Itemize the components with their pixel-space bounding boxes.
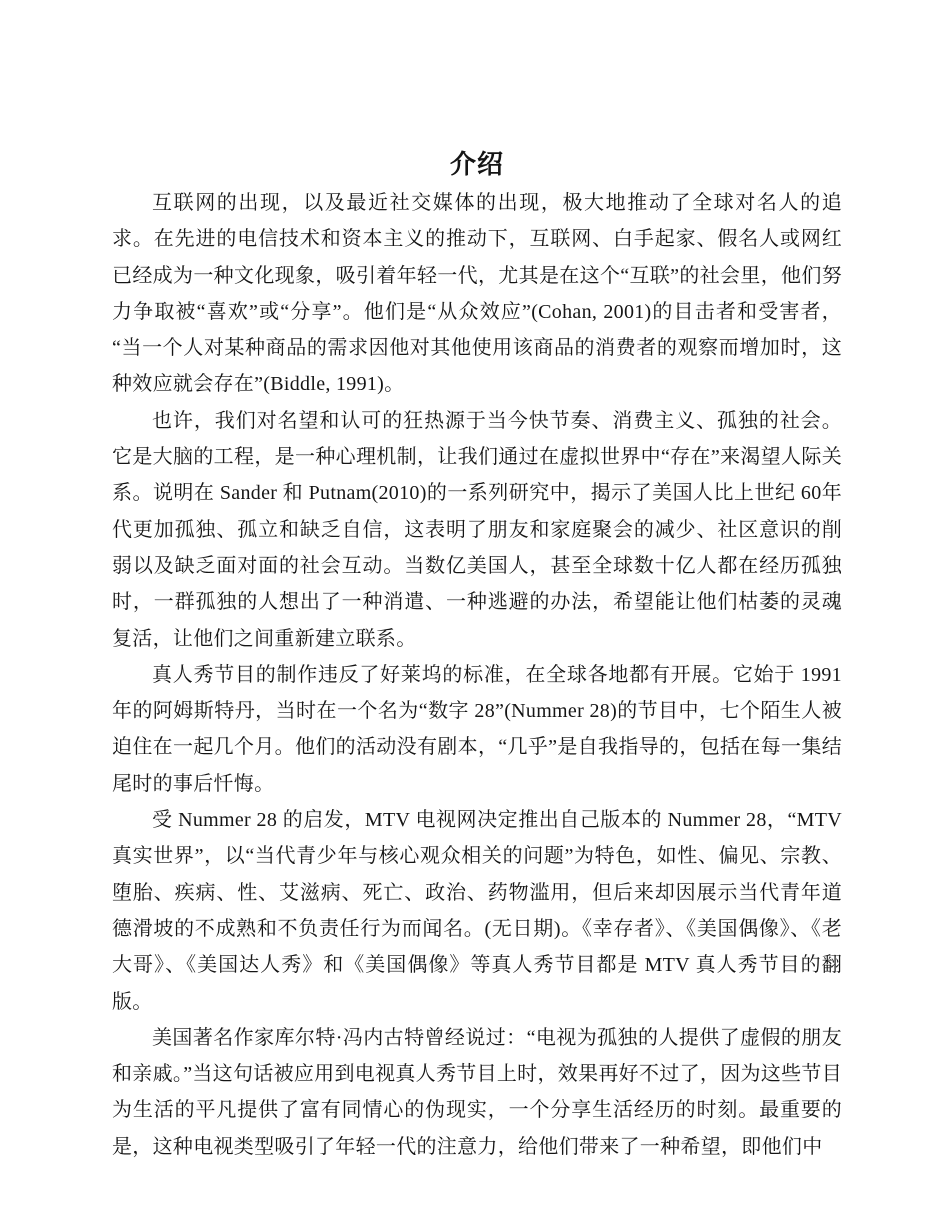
paragraph-mtv-real-world: 受 Nummer 28 的启发，MTV 电视网决定推出自己版本的 Nummer …	[112, 802, 842, 1020]
document-page: 介绍 互联网的出现，以及最近社交媒体的出现，极大地推动了全球对名人的追求。在先进…	[0, 0, 952, 1232]
page-title: 介绍	[112, 146, 842, 182]
paragraph-reality-tv-origin: 真人秀节目的制作违反了好莱坞的标准，在全球各地都有开展。它始于 1991年的阿姆…	[112, 657, 842, 802]
paragraph-loneliness-society: 也许，我们对名望和认可的狂热源于当今快节奏、消费主义、孤独的社会。它是大脑的工程…	[112, 403, 842, 657]
paragraph-vonnegut-quote: 美国著名作家库尔特·冯内古特曾经说过：“电视为孤独的人提供了虚假的朋友和亲戚。”…	[112, 1020, 842, 1165]
paragraph-intro-internet: 互联网的出现，以及最近社交媒体的出现，极大地推动了全球对名人的追求。在先进的电信…	[112, 185, 842, 403]
document-content: 介绍 互联网的出现，以及最近社交媒体的出现，极大地推动了全球对名人的追求。在先进…	[0, 0, 952, 1165]
